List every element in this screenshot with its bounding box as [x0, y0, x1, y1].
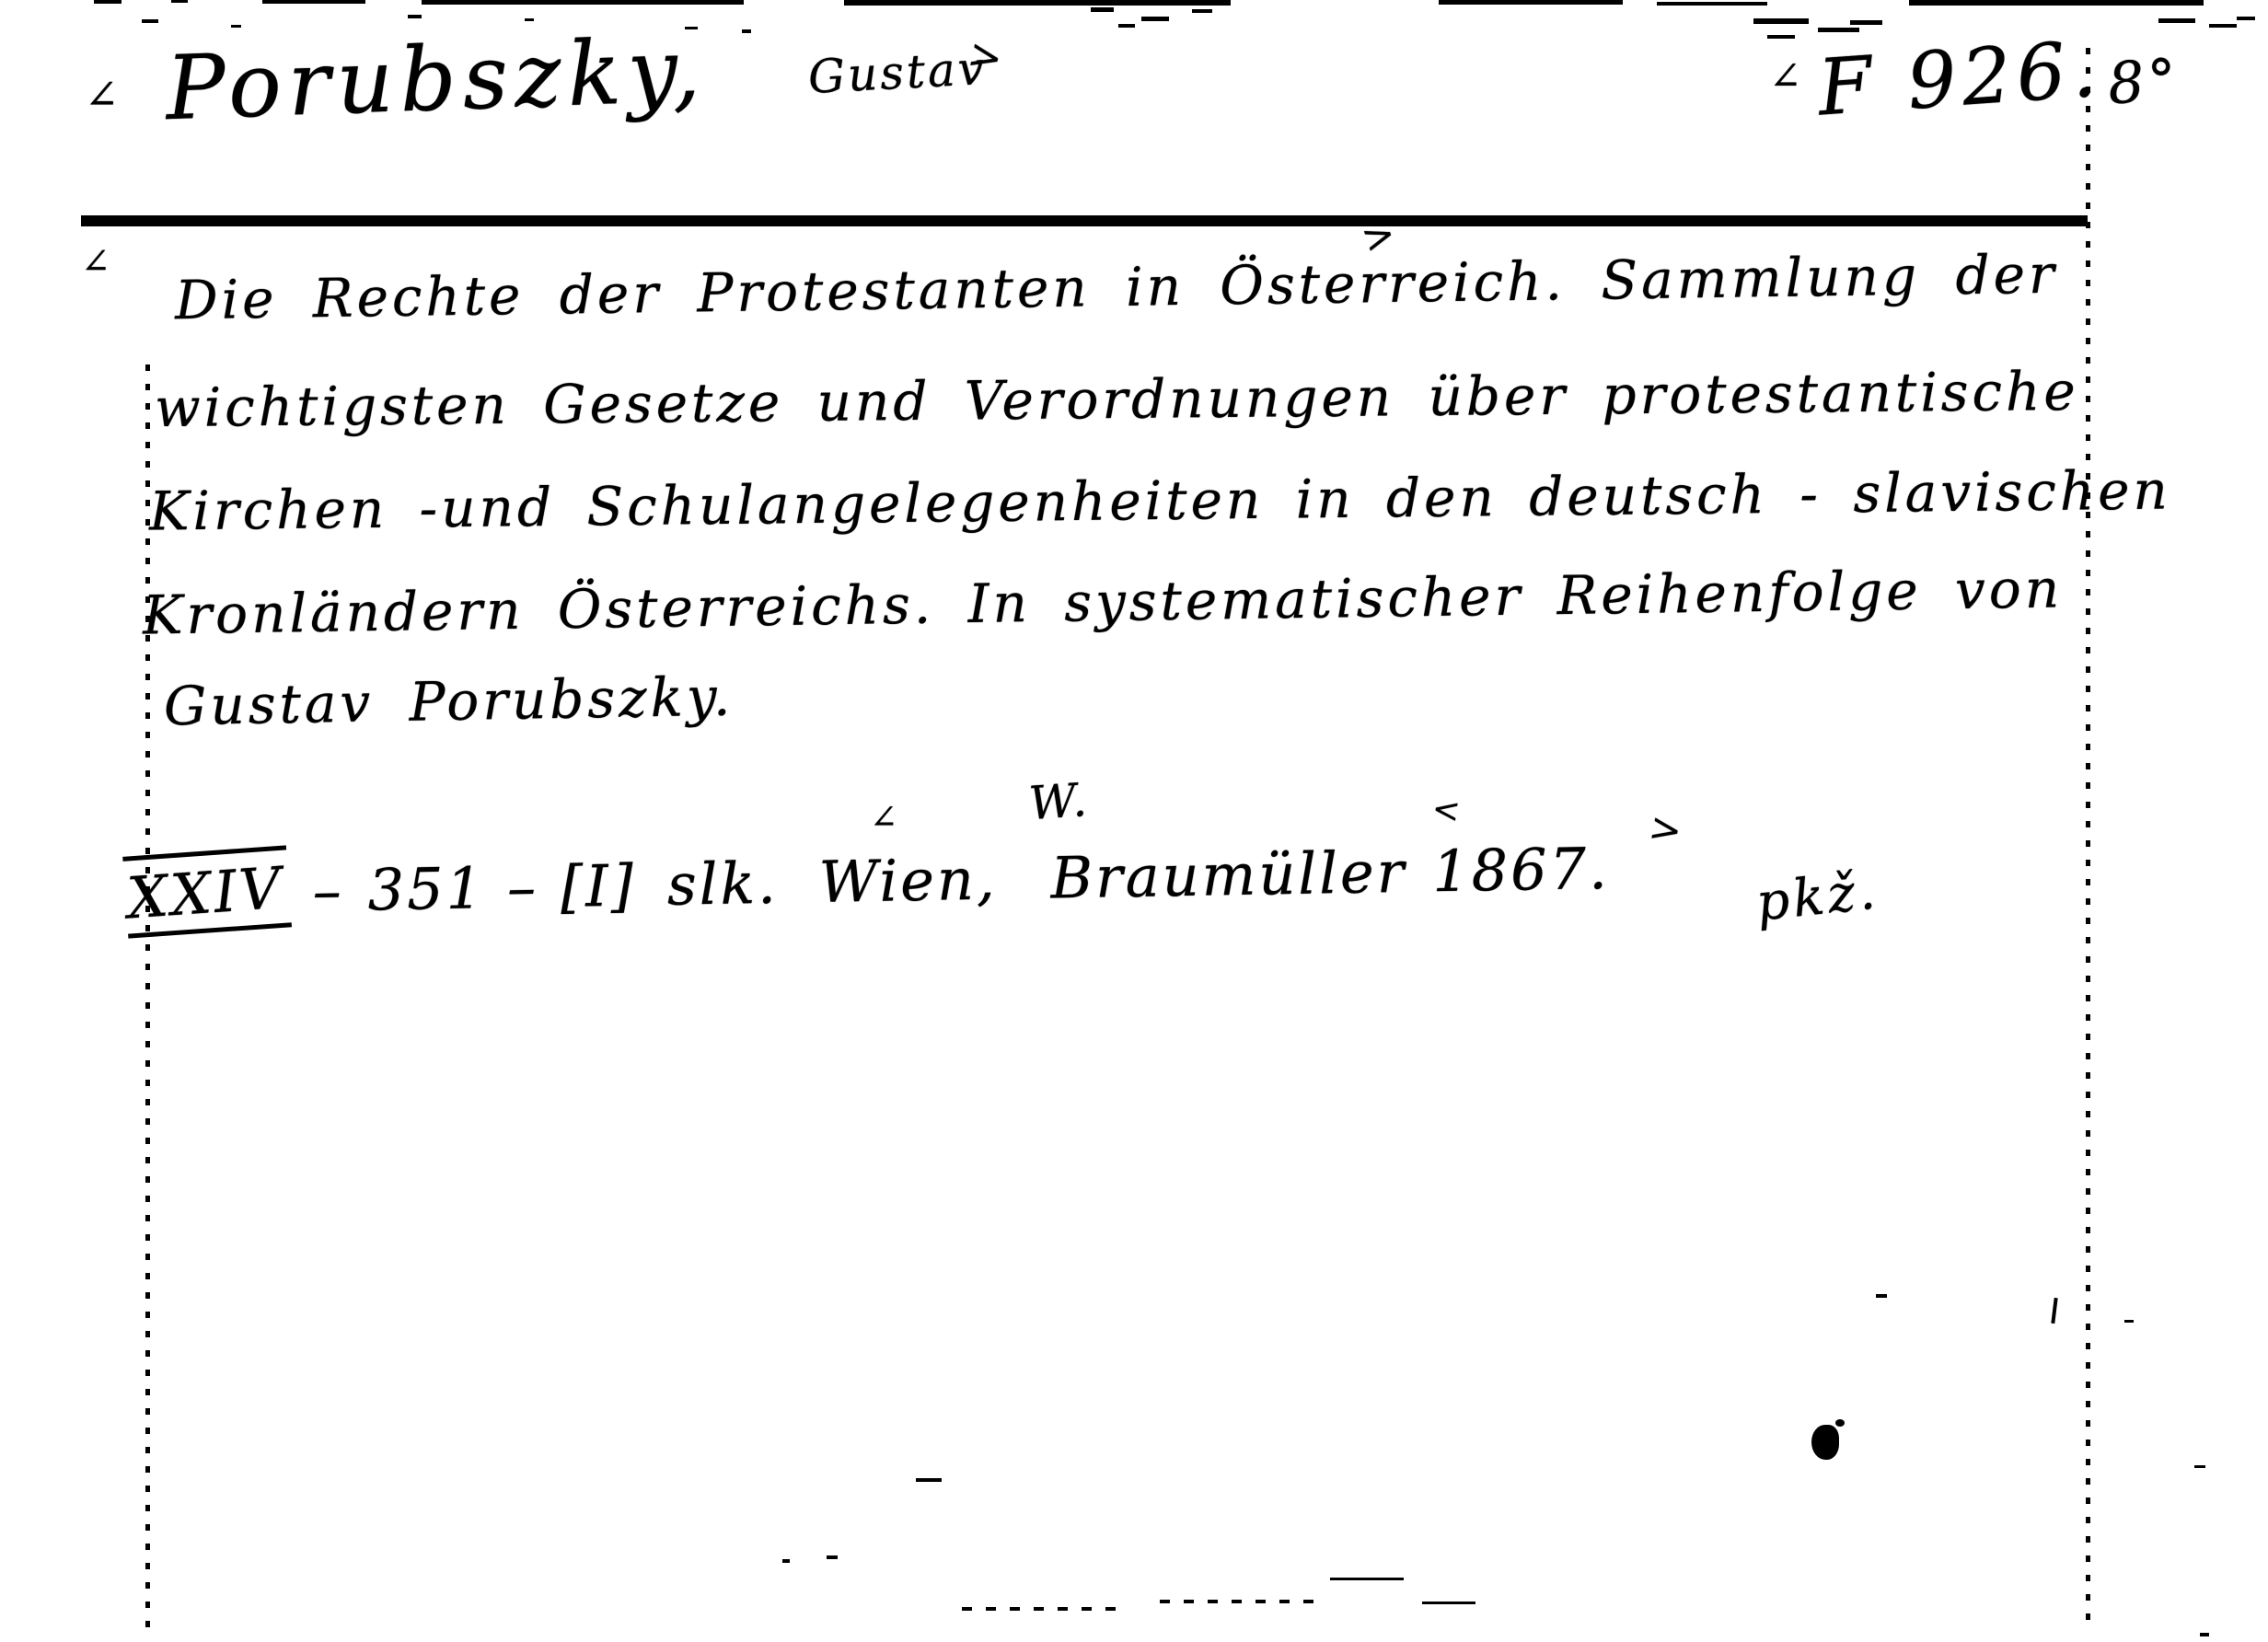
noise-speck — [1818, 28, 1859, 32]
cataloguer-initials: pkž. — [1753, 861, 1881, 933]
noise-speck — [1141, 17, 1169, 21]
noise-speck — [1192, 9, 1212, 13]
noise-tick — [2051, 1298, 2057, 1324]
publisher-name: Braumüller — [1050, 838, 1407, 912]
title-line-2: wichtigsten Gesetze und Verordnungen übe… — [155, 360, 2079, 439]
noise-speck — [525, 18, 534, 21]
noise-speck — [231, 25, 241, 28]
noise-speck — [1330, 1578, 1404, 1580]
author-forename: Gustav — [807, 41, 989, 104]
title-line-4: Kronländern Österreichs. In systematisch… — [143, 557, 2064, 646]
noise-speck — [1091, 7, 1114, 12]
noise-speck — [1422, 1602, 1475, 1604]
noise-speck — [2200, 1633, 2209, 1636]
editorial-mark-callnumber: ∠ — [1769, 53, 1801, 98]
collation-line: XXIV – 351 – [I] slk. Wien, Braumüller 1… — [124, 827, 1610, 934]
noise-speck — [2124, 1320, 2134, 1323]
call-number-format: 8° — [2106, 45, 2182, 117]
noise-speck — [1835, 1419, 1845, 1427]
language-code: slk. — [666, 850, 779, 919]
noise-speck — [1850, 20, 1882, 25]
noise-speck — [2158, 18, 2195, 23]
noise-speck — [827, 1555, 838, 1559]
ink-blot — [1811, 1425, 1839, 1460]
editorial-mark-year-left: < — [1429, 790, 1463, 831]
editorial-mark-heading-left: ∠ — [85, 72, 119, 119]
title-line-1: Die Rechte der Protestanten in Österreic… — [175, 243, 2058, 332]
editorial-mark-place: ∠ — [870, 799, 897, 837]
noise-speck — [408, 15, 422, 18]
noise-speck — [916, 1478, 942, 1482]
noise-speck — [1767, 35, 1795, 39]
noise-speck — [782, 1559, 790, 1563]
title-line-5: Gustav Porubszky. — [163, 665, 734, 738]
heading-rule — [81, 215, 2088, 226]
noise-speck — [1753, 18, 1809, 24]
noise-speck — [1876, 1294, 1887, 1298]
imprint-year: 1867. — [1432, 835, 1611, 905]
collation-dash: – — [312, 857, 344, 925]
collation-dash: – — [506, 853, 538, 921]
noise-speck — [2209, 24, 2237, 28]
title-line-3: Kirchen -und Schulangelegenheiten in den… — [149, 458, 2171, 542]
noise-dashed-line — [962, 1607, 1123, 1611]
editorial-mark-year-right: > — [1646, 804, 1685, 853]
noise-dash — [171, 0, 188, 3]
noise-dash — [1909, 0, 2204, 6]
author-surname: Porubszky, — [164, 18, 708, 140]
noise-dash — [1439, 0, 1623, 5]
noise-speck — [742, 29, 751, 33]
noise-dash — [262, 0, 365, 4]
imprint-place: Wien, — [818, 846, 998, 916]
noise-dash — [844, 0, 1231, 6]
noise-dash — [1657, 2, 1767, 6]
noise-speck — [2194, 1465, 2205, 1468]
call-number-shelfmark: F 926. — [1815, 23, 2104, 133]
noise-dash — [422, 0, 744, 5]
publisher-initial-superscript: W. — [1027, 773, 1092, 831]
noise-dashed-line — [1160, 1600, 1316, 1603]
right-margin-dotted-line — [2086, 48, 2090, 1626]
editorial-mark-heading-right: > — [964, 30, 1007, 84]
noise-speck — [142, 19, 158, 23]
noise-speck — [2237, 17, 2255, 20]
noise-dash — [94, 0, 121, 4]
editorial-mark-title: ∠ — [81, 241, 110, 282]
volume-number: XXIV — [122, 845, 291, 938]
supplement-number: [I] — [560, 851, 636, 919]
noise-speck — [1118, 24, 1135, 28]
left-margin-dotted-line — [145, 364, 150, 1635]
page-count: 351 — [367, 854, 486, 923]
catalog-card: ∠ Porubszky, Gustav > ∠ F 926. 8° ∠ Die … — [0, 0, 2268, 1642]
